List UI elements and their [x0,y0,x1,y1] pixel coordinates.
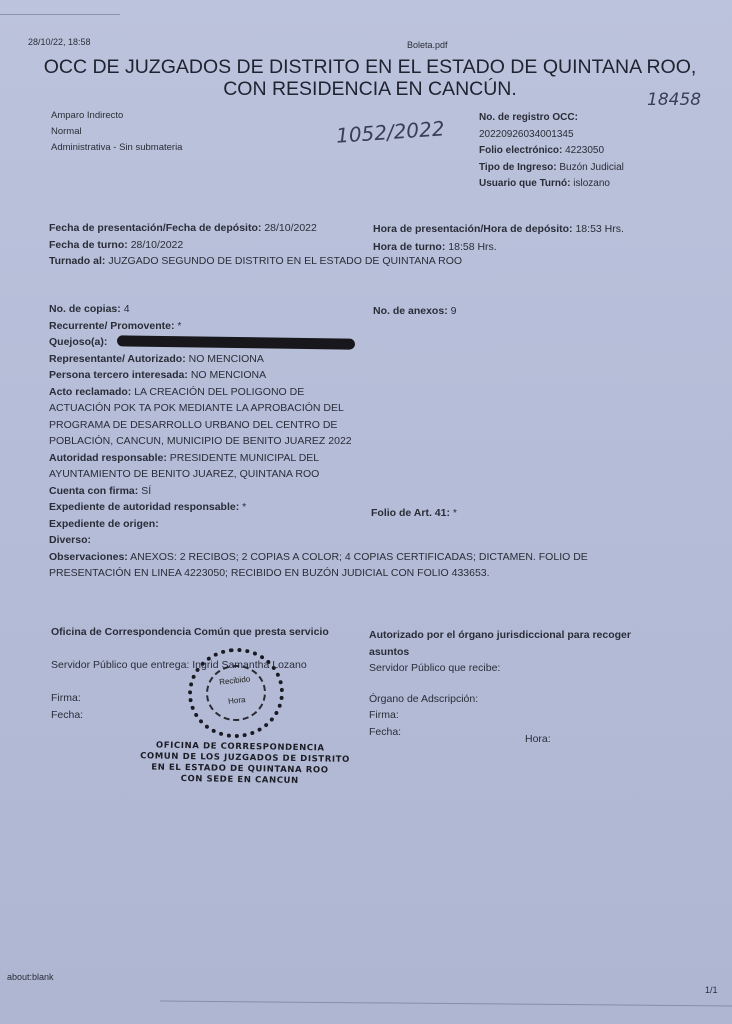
hora-turno-label: Hora de turno: [373,241,445,253]
acto-line-2: ACTUACIÓN POK TA POK MEDIANTE LA APROBAC… [49,400,588,417]
print-url: about:blank [7,972,54,982]
page-edge-line [0,14,120,15]
firma-right-label: Firma: [369,707,631,724]
hora-right-label: Hora: [525,731,551,748]
usuario-label: Usuario que Turnó: [479,178,570,189]
diverso-label: Diverso: [49,534,91,546]
handwritten-case-number: 1052/2022 [335,116,445,148]
turno-label: Fecha de turno: [49,239,128,251]
registro-label: No. de registro OCC: [479,112,578,123]
acto-line-3: PROGRAMA DE DESARROLLO URBANO DEL CENTRO… [49,417,588,434]
copias-label: No. de copias: [49,303,121,315]
details-block: No. de copias: 4 Recurrente/ Promovente:… [49,301,588,582]
fecha-left-label: Fecha: [51,707,83,724]
servidor-entrega-label: Servidor Público que entrega: [51,659,189,671]
representante-label: Representante/ Autorizado: [49,353,186,365]
registry-block: No. de registro OCC: 20220926034001345 F… [479,110,624,193]
usuario-value: islozano [573,178,610,189]
page-number: 1/1 [705,985,718,995]
stamp-caption: OFICINA DE CORRESPONDENCIA COMUN DE LOS … [140,740,341,787]
folio-label: Folio electrónico: [479,145,562,156]
observaciones-line-1: ANEXOS: 2 RECIBOS; 2 COPIAS A COLOR; 4 C… [130,551,588,563]
acto-line-1: LA CREACIÓN DEL POLIGONO DE [134,386,304,398]
tercero-value: NO MENCIONA [191,369,266,381]
seal-eagle-icon: Recibido Hora [203,662,269,724]
turnado-value: JUZGADO SEGUNDO DE DISTRITO EN EL ESTADO… [108,255,462,267]
representante-value: NO MENCIONA [189,353,264,365]
firma-left-label: Firma: [51,690,83,707]
registro-value: 20220926034001345 [479,127,624,144]
tercero-label: Persona tercero interesada: [49,369,188,381]
presentacion-label: Fecha de presentación/Fecha de depósito: [49,222,261,234]
turno-value: 28/10/2022 [131,239,184,251]
case-type: Amparo Indirecto Normal Administrativa -… [51,108,182,156]
firma-label: Cuenta con firma: [49,485,138,497]
copias-value: 4 [124,303,130,315]
folio-art-label: Folio de Art. 41: [371,507,450,519]
print-filename: Boleta.pdf [407,40,448,50]
page-bottom-line [160,1001,732,1007]
turnado-label: Turnado al: [49,255,105,267]
footer-right: Autorizado por el órgano jurisdiccional … [369,627,631,740]
hora-turno-value: 18:58 Hrs. [448,241,496,253]
presentacion-value: 28/10/2022 [264,222,317,234]
folio-value: 4223050 [565,145,604,156]
exp-autoridad-label: Expediente de autoridad responsable: [49,501,239,513]
title-line-2: CON RESIDENCIA EN CANCÚN. [40,78,700,100]
tipo-value: Buzón Judicial [559,162,623,173]
anexos-value: 9 [451,305,457,317]
firma-value: SÍ [141,485,151,497]
quejoso-label: Quejoso(a): [49,336,107,348]
fecha-right-label: Fecha: [369,724,631,741]
acto-label: Acto reclamado: [49,386,131,398]
autoridad-line-1: PRESIDENTE MUNICIPAL DEL [170,452,319,464]
observaciones-label: Observaciones: [49,551,128,563]
footer-left-fields: Firma: Fecha: [51,690,83,723]
hora-presentacion-value: 18:53 Hrs. [575,223,623,235]
servidor-recibe-label: Servidor Público que recibe: [369,660,631,677]
organo-label: Órgano de Adscripción: [369,691,631,708]
footer-right-heading-2: asuntos [369,644,631,661]
footer-right-heading-1: Autorizado por el órgano jurisdiccional … [369,627,631,644]
folio-art-value: * [453,507,457,519]
tipo-label: Tipo de Ingreso: [479,162,557,173]
exp-origen-label: Expediente de origen: [49,518,159,530]
case-type-materia: Administrativa - Sin submateria [51,140,182,156]
anexos: No. de anexos: 9 [373,303,456,320]
case-type-amparo: Amparo Indirecto [51,108,182,124]
anexos-label: No. de anexos: [373,305,448,317]
print-datetime: 28/10/22, 18:58 [28,37,91,47]
acto-line-4: POBLACIÓN, CANCUN, MUNICIPIO DE BENITO J… [49,433,588,450]
footer-left-heading: Oficina de Correspondencia Común que pre… [51,624,329,641]
page-title: OCC DE JUZGADOS DE DISTRITO EN EL ESTADO… [40,56,700,100]
observaciones-line-2: PRESENTACIÓN EN LINEA 4223050; RECIBIDO … [49,565,588,582]
autoridad-label: Autoridad responsable: [49,452,167,464]
recurrente-value: * [177,320,181,332]
handwritten-number: 18458 [647,90,701,110]
autoridad-line-2: AYUNTAMIENTO DE BENITO JUAREZ, QUINTANA … [49,466,588,483]
folio-art-41: Folio de Art. 41: * [371,505,457,522]
hora-presentacion-label: Hora de presentación/Hora de depósito: [373,223,573,235]
exp-autoridad-value: * [242,501,246,513]
title-line-1: OCC DE JUZGADOS DE DISTRITO EN EL ESTADO… [40,56,700,78]
recurrente-label: Recurrente/ Promovente: [49,320,174,332]
dates-right: Hora de presentación/Hora de depósito: 1… [373,221,624,255]
case-type-normal: Normal [51,124,182,140]
redacted-name [117,335,355,349]
